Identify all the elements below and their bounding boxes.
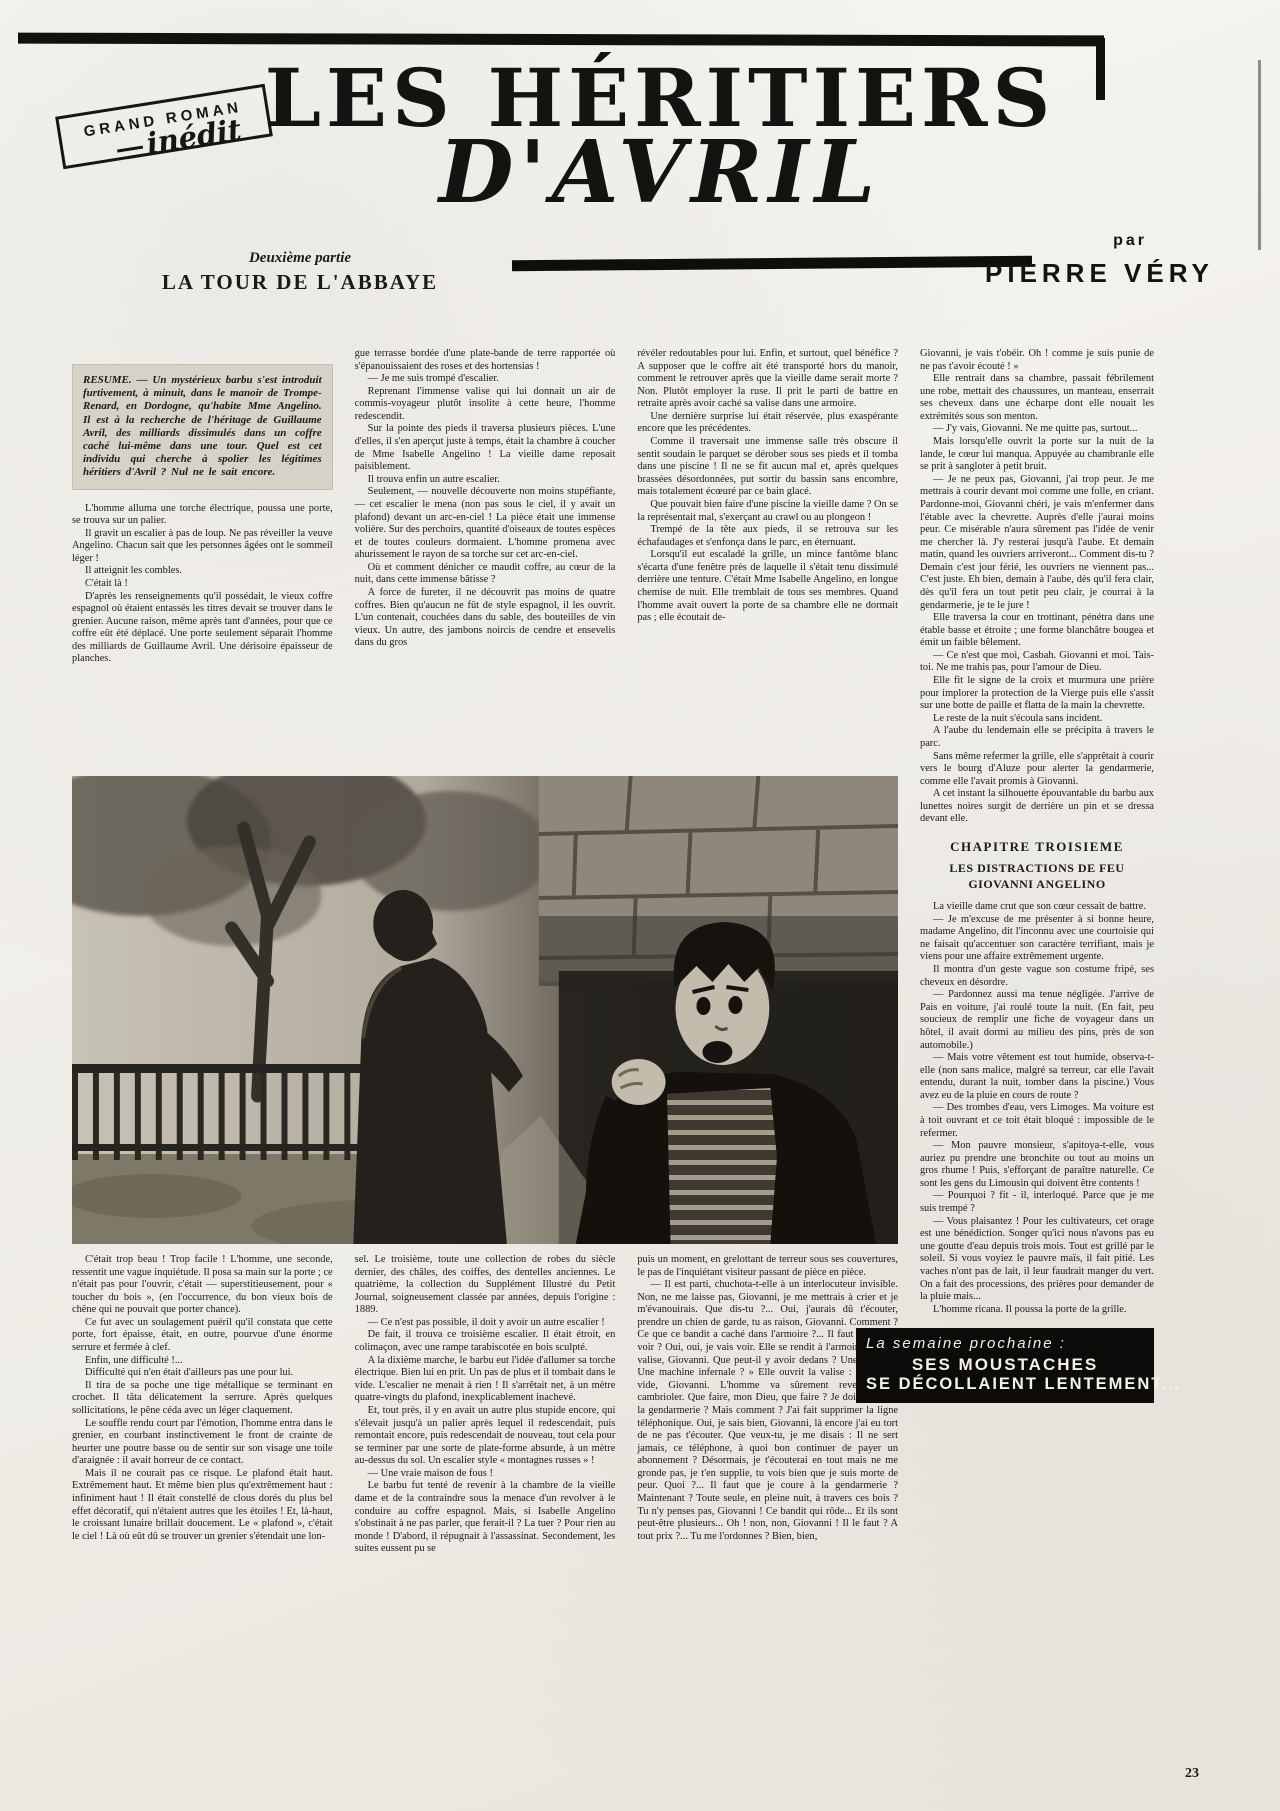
paragraph: — Des trombes d'eau, vers Limoges. Ma vo… (920, 1102, 1154, 1140)
paragraph: Que pouvait bien faire d'une piscine la … (637, 499, 898, 524)
paragraph: — Une vraie maison de fous ! (355, 1468, 616, 1481)
column-4: Giovanni, je vais t'obéir. Oh ! comme je… (920, 348, 1154, 1670)
paragraph: Lorsqu'il eut escaladé la grille, un min… (637, 549, 898, 624)
paragraph: Seulement, — nouvelle découverte non moi… (355, 486, 616, 561)
resume-box: RESUME. — Un mystérieux barbu s'est intr… (72, 364, 333, 490)
paragraph: Il trouva enfin un autre escalier. (355, 474, 616, 487)
header-rule (512, 256, 1032, 272)
column-3-bottom: puis un moment, en grelottant de terreur… (637, 1254, 898, 1670)
paragraph: — Ce n'est que moi, Casbah. Giovanni et … (920, 650, 1154, 675)
paragraph: — Pourquoi ? fit - il, interloqué. Parce… (920, 1190, 1154, 1215)
part-title: LA TOUR DE L'ABBAYE (120, 270, 480, 295)
paragraph: Trempé de la tête aux pieds, il se retro… (637, 524, 898, 549)
paragraph: — Je m'excuse de me présenter à si bonne… (920, 914, 1154, 964)
paragraph: Il tira de sa poche une tige métallique … (72, 1380, 333, 1418)
paragraph: A la dixième marche, le barbu eut l'idée… (355, 1355, 616, 1405)
article-body: RESUME. — Un mystérieux barbu s'est intr… (72, 348, 1154, 1670)
paragraph: — Ce n'est pas possible, il doit y avoir… (355, 1317, 616, 1330)
paragraph: A cet instant la silhouette épouvantable… (920, 788, 1154, 826)
paragraph: — Je ne peux pas, Giovanni, j'ai trop pe… (920, 474, 1154, 612)
paragraph: — J'y vais, Giovanni. Ne me quitte pas, … (920, 423, 1154, 436)
paragraph: Reprenant l'immense valise qui lui donna… (355, 386, 616, 424)
paragraph: puis un moment, en grelottant de terreur… (637, 1254, 898, 1279)
top-text-row: RESUME. — Un mystérieux barbu s'est intr… (72, 348, 898, 768)
paragraph: C'était là ! (72, 578, 333, 591)
paragraph: — Mon pauvre monsieur, s'apitoya-t-elle,… (920, 1140, 1154, 1190)
paragraph: Le souffle rendu court par l'émotion, l'… (72, 1418, 333, 1468)
paragraph: — Je me suis trompé d'escalier. (355, 373, 616, 386)
paragraph: sel. Le troisième, toute une collection … (355, 1254, 616, 1317)
paragraph: Le barbu fut tenté de revenir à la chamb… (355, 1480, 616, 1555)
column-text: Giovanni, je vais t'obéir. Oh ! comme je… (920, 348, 1154, 826)
paragraph: Elle rentrait dans sa chambre, passait f… (920, 373, 1154, 423)
chapter-subtitle: LES DISTRACTIONS DE FEU GIOVANNI ANGELIN… (924, 861, 1150, 892)
paragraph: Le reste de la nuit s'écoula sans incide… (920, 713, 1154, 726)
paragraph: — Vous plaisantez ! Pour les cultivateur… (920, 1216, 1154, 1304)
column-text: La vieille dame crut que son cœur cessai… (920, 901, 1154, 1316)
paragraph: — Mais votre vêtement est tout humide, o… (920, 1052, 1154, 1102)
paragraph: Une dernière surprise lui était réservée… (637, 411, 898, 436)
next-week-lead: La semaine prochaine : (866, 1335, 1144, 1352)
column-text: C'était trop beau ! Trop facile ! L'homm… (72, 1254, 333, 1543)
next-week-box: La semaine prochaine : SES MOUSTACHES SE… (856, 1328, 1154, 1403)
page-edge-mark (1258, 60, 1261, 250)
paragraph: Il montra d'un geste vague son costume f… (920, 964, 1154, 989)
paragraph: Il atteignit les combles. (72, 565, 333, 578)
paragraph: Mais il ne courait pas ce risque. Le pla… (72, 1468, 333, 1543)
column-text: révéler redoutables pour lui. Enfin, et … (637, 348, 898, 625)
next-week-line-2: SE DÉCOLLAIENT LENTEMENT... (866, 1375, 1144, 1394)
paragraph: D'après les renseignements qu'il posséda… (72, 591, 333, 666)
paragraph: A l'aube du lendemain elle se précipita … (920, 725, 1154, 750)
chapter-title: CHAPITRE TROISIEME (924, 839, 1150, 855)
paragraph: Où et comment dénicher ce maudit coffre,… (355, 562, 616, 587)
iron-fence (72, 1064, 381, 1160)
paragraph: Elle fit le signe de la croix et murmura… (920, 675, 1154, 713)
chapter-heading: CHAPITRE TROISIEME LES DISTRACTIONS DE F… (924, 839, 1150, 892)
paragraph: L'homme ricana. Il poussa la porte de la… (920, 1304, 1154, 1317)
part-heading: Deuxième partie LA TOUR DE L'ABBAYE (120, 250, 480, 295)
part-label: Deuxième partie (120, 250, 480, 267)
paragraph: — Pardonnez aussi ma tenue négligée. J'a… (920, 989, 1154, 1052)
bottom-text-row: C'était trop beau ! Trop facile ! L'homm… (72, 1254, 898, 1670)
paragraph: C'était trop beau ! Trop facile ! L'homm… (72, 1254, 333, 1317)
column-3-top: révéler redoutables pour lui. Enfin, et … (637, 348, 898, 768)
column-1-bottom: C'était trop beau ! Trop facile ! L'homm… (72, 1254, 333, 1670)
paragraph: Il gravit un escalier à pas de loup. Ne … (72, 528, 333, 566)
page-title: LES HÉRITIERS D'AVRIL (210, 58, 1110, 216)
paragraph: révéler redoutables pour lui. Enfin, et … (637, 348, 898, 411)
paragraph: De fait, il trouva ce troisième escalier… (355, 1329, 616, 1354)
paragraph: gue terrasse bordée d'une plate-bande de… (355, 348, 616, 373)
paragraph: Elle traversa la cour en trottinant, pén… (920, 612, 1154, 650)
column-2-bottom: sel. Le troisième, toute une collection … (355, 1254, 616, 1670)
next-week-line-1: SES MOUSTACHES (866, 1355, 1144, 1375)
byline-author: PIERRE VÉRY (985, 258, 1175, 289)
paragraph: Et, tout près, il y en avait un autre pl… (355, 1405, 616, 1468)
column-text: gue terrasse bordée d'une plate-bande de… (355, 348, 616, 650)
page-number: 23 (1185, 1766, 1199, 1782)
paragraph: Difficulté qui n'en était d'ailleurs pas… (72, 1367, 333, 1380)
paragraph: La vieille dame crut que son cœur cessai… (920, 901, 1154, 914)
paragraph: Giovanni, je vais t'obéir. Oh ! comme je… (920, 348, 1154, 373)
paragraph: Comme il traversait une immense salle tr… (637, 436, 898, 499)
paragraph: Sans même refermer la grille, elle s'app… (920, 751, 1154, 789)
column-text: sel. Le troisième, toute une collection … (355, 1254, 616, 1556)
byline-par: par (985, 232, 1175, 250)
column-2-top: gue terrasse bordée d'une plate-bande de… (355, 348, 616, 768)
story-illustration (72, 776, 898, 1244)
column-text: L'homme alluma une torche électrique, po… (72, 503, 333, 667)
paragraph: L'homme alluma une torche électrique, po… (72, 503, 333, 528)
paragraph: Ce fut avec un soulagement puéril qu'il … (72, 1317, 333, 1355)
byline: par PIERRE VÉRY (985, 232, 1175, 289)
magazine-page: GRAND ROMAN inédit LES HÉRITIERS D'AVRIL… (0, 0, 1280, 1811)
illustration-drawing (72, 776, 898, 1244)
left-column-group: RESUME. — Un mystérieux barbu s'est intr… (72, 348, 898, 1670)
paragraph: A force de fureter, il ne découvrit pas … (355, 587, 616, 650)
top-rule (18, 33, 1104, 47)
paragraph: Enfin, une difficulté !... (72, 1355, 333, 1368)
paragraph: Mais lorsqu'elle ouvrit la porte sur la … (920, 436, 1154, 474)
column-1-top: RESUME. — Un mystérieux barbu s'est intr… (72, 348, 333, 768)
paragraph: — Il est parti, chuchota-t-elle à un int… (637, 1279, 898, 1543)
stamp-dash (117, 145, 143, 152)
paragraph: Sur la pointe des pieds il traversa plus… (355, 423, 616, 473)
